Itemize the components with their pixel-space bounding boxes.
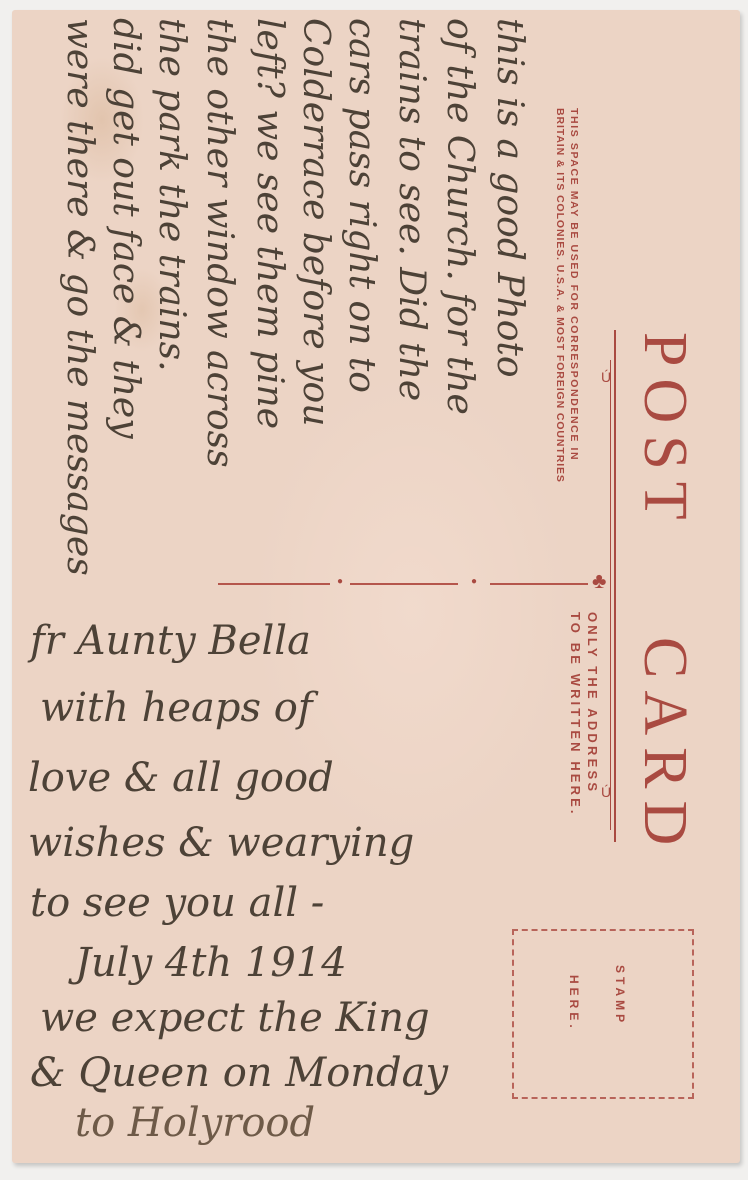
handwriting-line: wishes & wearying <box>28 820 414 866</box>
stamp-box <box>512 929 694 1099</box>
scroll-ornament-bottom-icon: Ú <box>601 785 611 799</box>
divider-dot-icon: ● <box>337 577 343 587</box>
handwriting-line: we expect the King <box>40 995 430 1041</box>
address-notice-line2: TO BE WRITTEN HERE. <box>568 612 583 817</box>
stamp-label: STAMP <box>613 965 627 1026</box>
handwriting-vertical-line: did get out face & they <box>105 18 146 439</box>
horizontal-divider <box>350 583 458 585</box>
horizontal-divider <box>490 583 588 585</box>
vertical-divider-outer <box>614 330 616 842</box>
handwriting-vertical-line: left? we see them pine <box>249 18 290 429</box>
handwriting-vertical-line: Colderrace before you <box>295 18 336 426</box>
correspondence-notice-line1: THIS SPACE MAY BE USED FOR CORRESPONDENC… <box>568 108 580 461</box>
handwriting-vertical-line: this is a good Photo <box>489 18 530 378</box>
title-card: CARD <box>629 637 700 857</box>
clover-ornament-icon: ♣ <box>592 570 606 592</box>
handwriting-vertical-line: the other window across <box>199 18 240 468</box>
handwriting-line: July 4th 1914 <box>75 940 347 986</box>
handwriting-vertical-line: of the Church. for the <box>439 18 480 415</box>
stamp-label-here: HERE. <box>567 975 581 1032</box>
handwriting-line: to Holyrood <box>75 1100 315 1146</box>
handwriting-vertical-line: cars pass right on to <box>341 18 382 393</box>
handwriting-line: love & all good <box>28 755 334 801</box>
divider-dot-icon: ● <box>471 577 477 587</box>
handwriting-line: fr Aunty Bella <box>30 618 311 664</box>
vertical-divider-inner <box>610 360 611 830</box>
handwriting-vertical-line: the park the trains. <box>151 18 192 372</box>
handwriting-vertical-line: were there & go the messages <box>59 18 100 576</box>
handwriting-line: to see you all - <box>30 880 324 926</box>
address-notice-line1: ONLY THE ADDRESS <box>585 612 600 794</box>
handwriting-line: & Queen on Monday <box>30 1050 448 1096</box>
correspondence-notice-line2: BRITAIN & ITS COLONIES. U.S.A. & MOST FO… <box>554 108 566 483</box>
handwriting-vertical-line: trains to see. Did the <box>391 18 432 401</box>
handwriting-line: with heaps of <box>40 685 313 731</box>
horizontal-divider <box>218 583 330 585</box>
scroll-ornament-top-icon: Ú <box>601 370 611 384</box>
title-post: POST <box>629 332 700 532</box>
